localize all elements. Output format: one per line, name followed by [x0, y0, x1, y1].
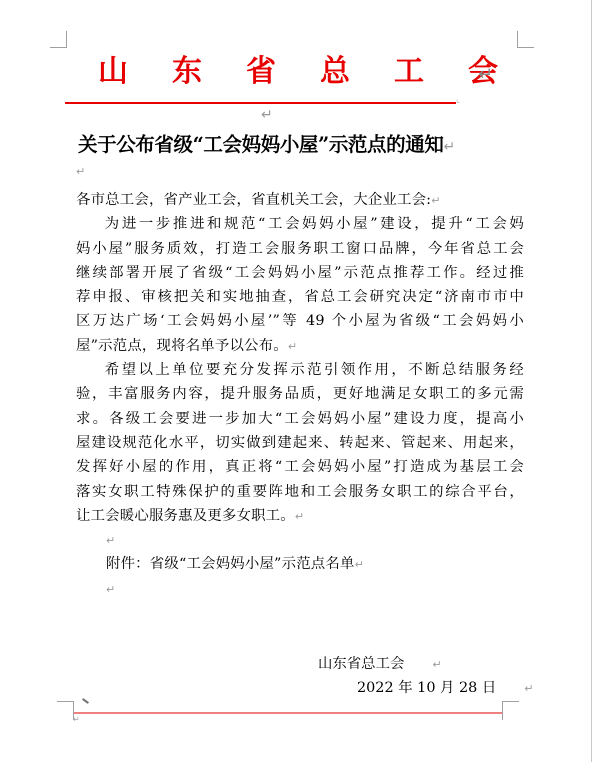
text-line: 区万达广场‘工会妈妈小屋’”等 49 个小屋为省级“工会妈妈小 — [76, 309, 524, 333]
paragraph-mark-icon: ↵ — [288, 340, 297, 353]
page-edge — [591, 0, 592, 762]
text-line: 屋”示范点，现将名单予以公布。↵ — [76, 334, 524, 358]
salutation: 各市总工会，省产业工会，省直机关工会，大企业工会:↵ — [76, 188, 524, 212]
document-title[interactable]: 关于公布省级“工会妈妈小屋”示范点的通知↵ — [78, 131, 538, 159]
paragraph-mark-icon: ↵ — [524, 682, 533, 695]
masthead-char: 东 — [172, 52, 202, 92]
paragraph-mark-icon: ↵ — [76, 166, 85, 177]
empty-paragraph: ↵ — [76, 528, 524, 552]
header-red-rule — [65, 102, 456, 104]
paragraph-mark-icon: ↵ — [478, 66, 493, 84]
paragraph-mark-icon: ↵ — [432, 658, 441, 671]
empty-paragraph: ↵ — [76, 577, 524, 601]
paragraph-mark-icon: ↵ — [295, 510, 304, 523]
signature-organization-text: 山东省总工会 — [318, 656, 404, 672]
document-body[interactable]: 各市总工会，省产业工会，省直机关工会，大企业工会:↵ 为进一步推进和规范“工会妈… — [76, 188, 524, 601]
masthead-char: 省 — [246, 52, 276, 92]
paragraph-mark-icon: ↵ — [431, 194, 440, 207]
paragraph-mark-icon: ↵ — [106, 583, 115, 596]
signature-organization: 山东省总工会↵ — [318, 652, 442, 673]
masthead-char: 工 — [394, 52, 424, 92]
attachment-line: 附件：省级“工会妈妈小屋”示范点名单↵ — [76, 552, 524, 576]
paragraph-mark-icon: ↵ — [355, 558, 364, 571]
text-line: 继续部署开展了省级“工会妈妈小屋”示范点推荐工作。经过推 — [76, 261, 524, 285]
text-line: 让工会暖心服务惠及更多女职工。↵ — [76, 504, 524, 528]
text-line: 屋建设规范化水平，切实做到建起来、转起来、管起来、用起来， — [76, 431, 524, 455]
margin-corner-top-left — [50, 31, 67, 48]
text-line: 为进一步推进和规范“工会妈妈小屋”建设，提升“工会妈 — [76, 212, 524, 236]
masthead: 山 东 省 总 工 会 — [98, 52, 498, 92]
masthead-char: 总 — [320, 52, 350, 92]
text-line: 发挥好小屋的作用，真正将“工会妈妈小屋”打造成为基层工会 — [76, 455, 524, 479]
salutation-text: 各市总工会，省产业工会，省直机关工会，大企业工会: — [76, 192, 431, 208]
pen-mark-icon — [82, 698, 89, 704]
text-line: 求。各级工会要进一步加大“工会妈妈小屋”建设力度，提高小 — [76, 407, 524, 431]
paragraph-1: 为进一步推进和规范“工会妈妈小屋”建设，提升“工会妈 妈小屋”服务质效，打造工会… — [76, 212, 524, 358]
text-line: 妈小屋”服务质效，打造工会服务职工窗口品牌，今年省总工会 — [76, 237, 524, 261]
margin-corner-bottom-right — [502, 701, 519, 720]
masthead-char: 山 — [98, 52, 128, 92]
text-line: 希望以上单位要充分发挥示范引领作用，不断总结服务经 — [76, 358, 524, 382]
text-line: 荐申报、审核把关和实地抽查，省总工会研究决定“济南市市中 — [76, 285, 524, 309]
signature-date: 2022 年 10 月 28 日↵ — [357, 676, 534, 697]
paragraph-mark-icon: ↵ — [106, 534, 115, 547]
text-line: 验，丰富服务内容，提升服务品质，更好地满足女职工的多元需 — [76, 382, 524, 406]
margin-corner-bottom-left — [57, 701, 74, 720]
text-line-content: 屋”示范点，现将名单予以公布。 — [76, 338, 288, 354]
paragraph-mark-icon: ↵ — [261, 108, 273, 122]
signature-date-text: 2022 年 10 月 28 日 — [357, 680, 496, 696]
text-line: 落实女职工特殊保护的重要阵地和工会服务女职工的综合平台， — [76, 480, 524, 504]
paragraph-2: 希望以上单位要充分发挥示范引领作用，不断总结服务经 验，丰富服务内容，提升服务品… — [76, 358, 524, 528]
anchor-mark-icon: ⌞ — [456, 96, 460, 105]
title-text: 关于公布省级“工会妈妈小屋”示范点的通知 — [78, 133, 443, 156]
paragraph-mark-icon: ↵ — [443, 139, 454, 155]
footer-red-rule — [74, 712, 502, 714]
paragraph-mark-icon: ↵ — [73, 716, 80, 724]
text-line-content: 让工会暖心服务惠及更多女职工。 — [76, 508, 295, 524]
attachment-text: 附件：省级“工会妈妈小屋”示范点名单 — [106, 556, 355, 572]
margin-corner-top-right — [517, 31, 534, 48]
